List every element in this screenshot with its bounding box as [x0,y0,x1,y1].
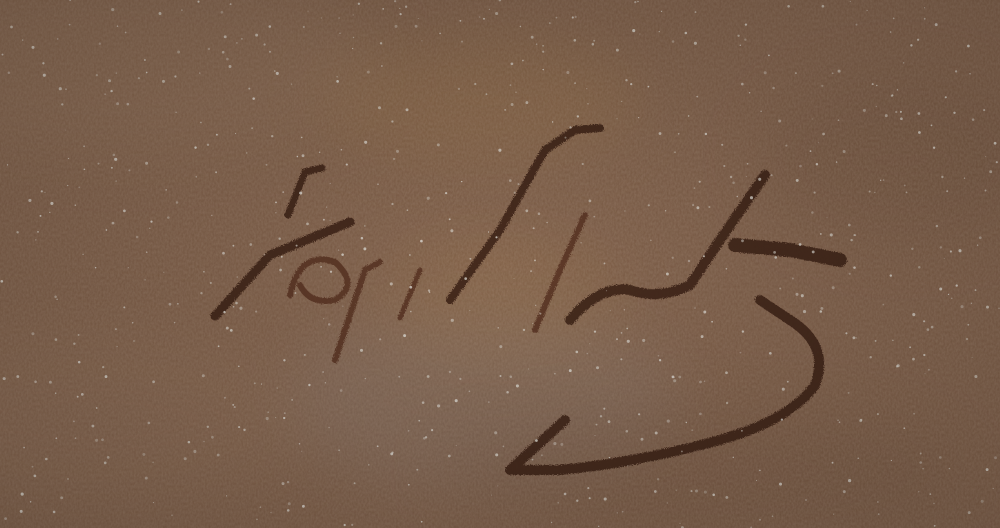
vignette [0,0,1000,528]
painting-detail [0,0,1000,528]
canvas-texture [0,0,1000,528]
